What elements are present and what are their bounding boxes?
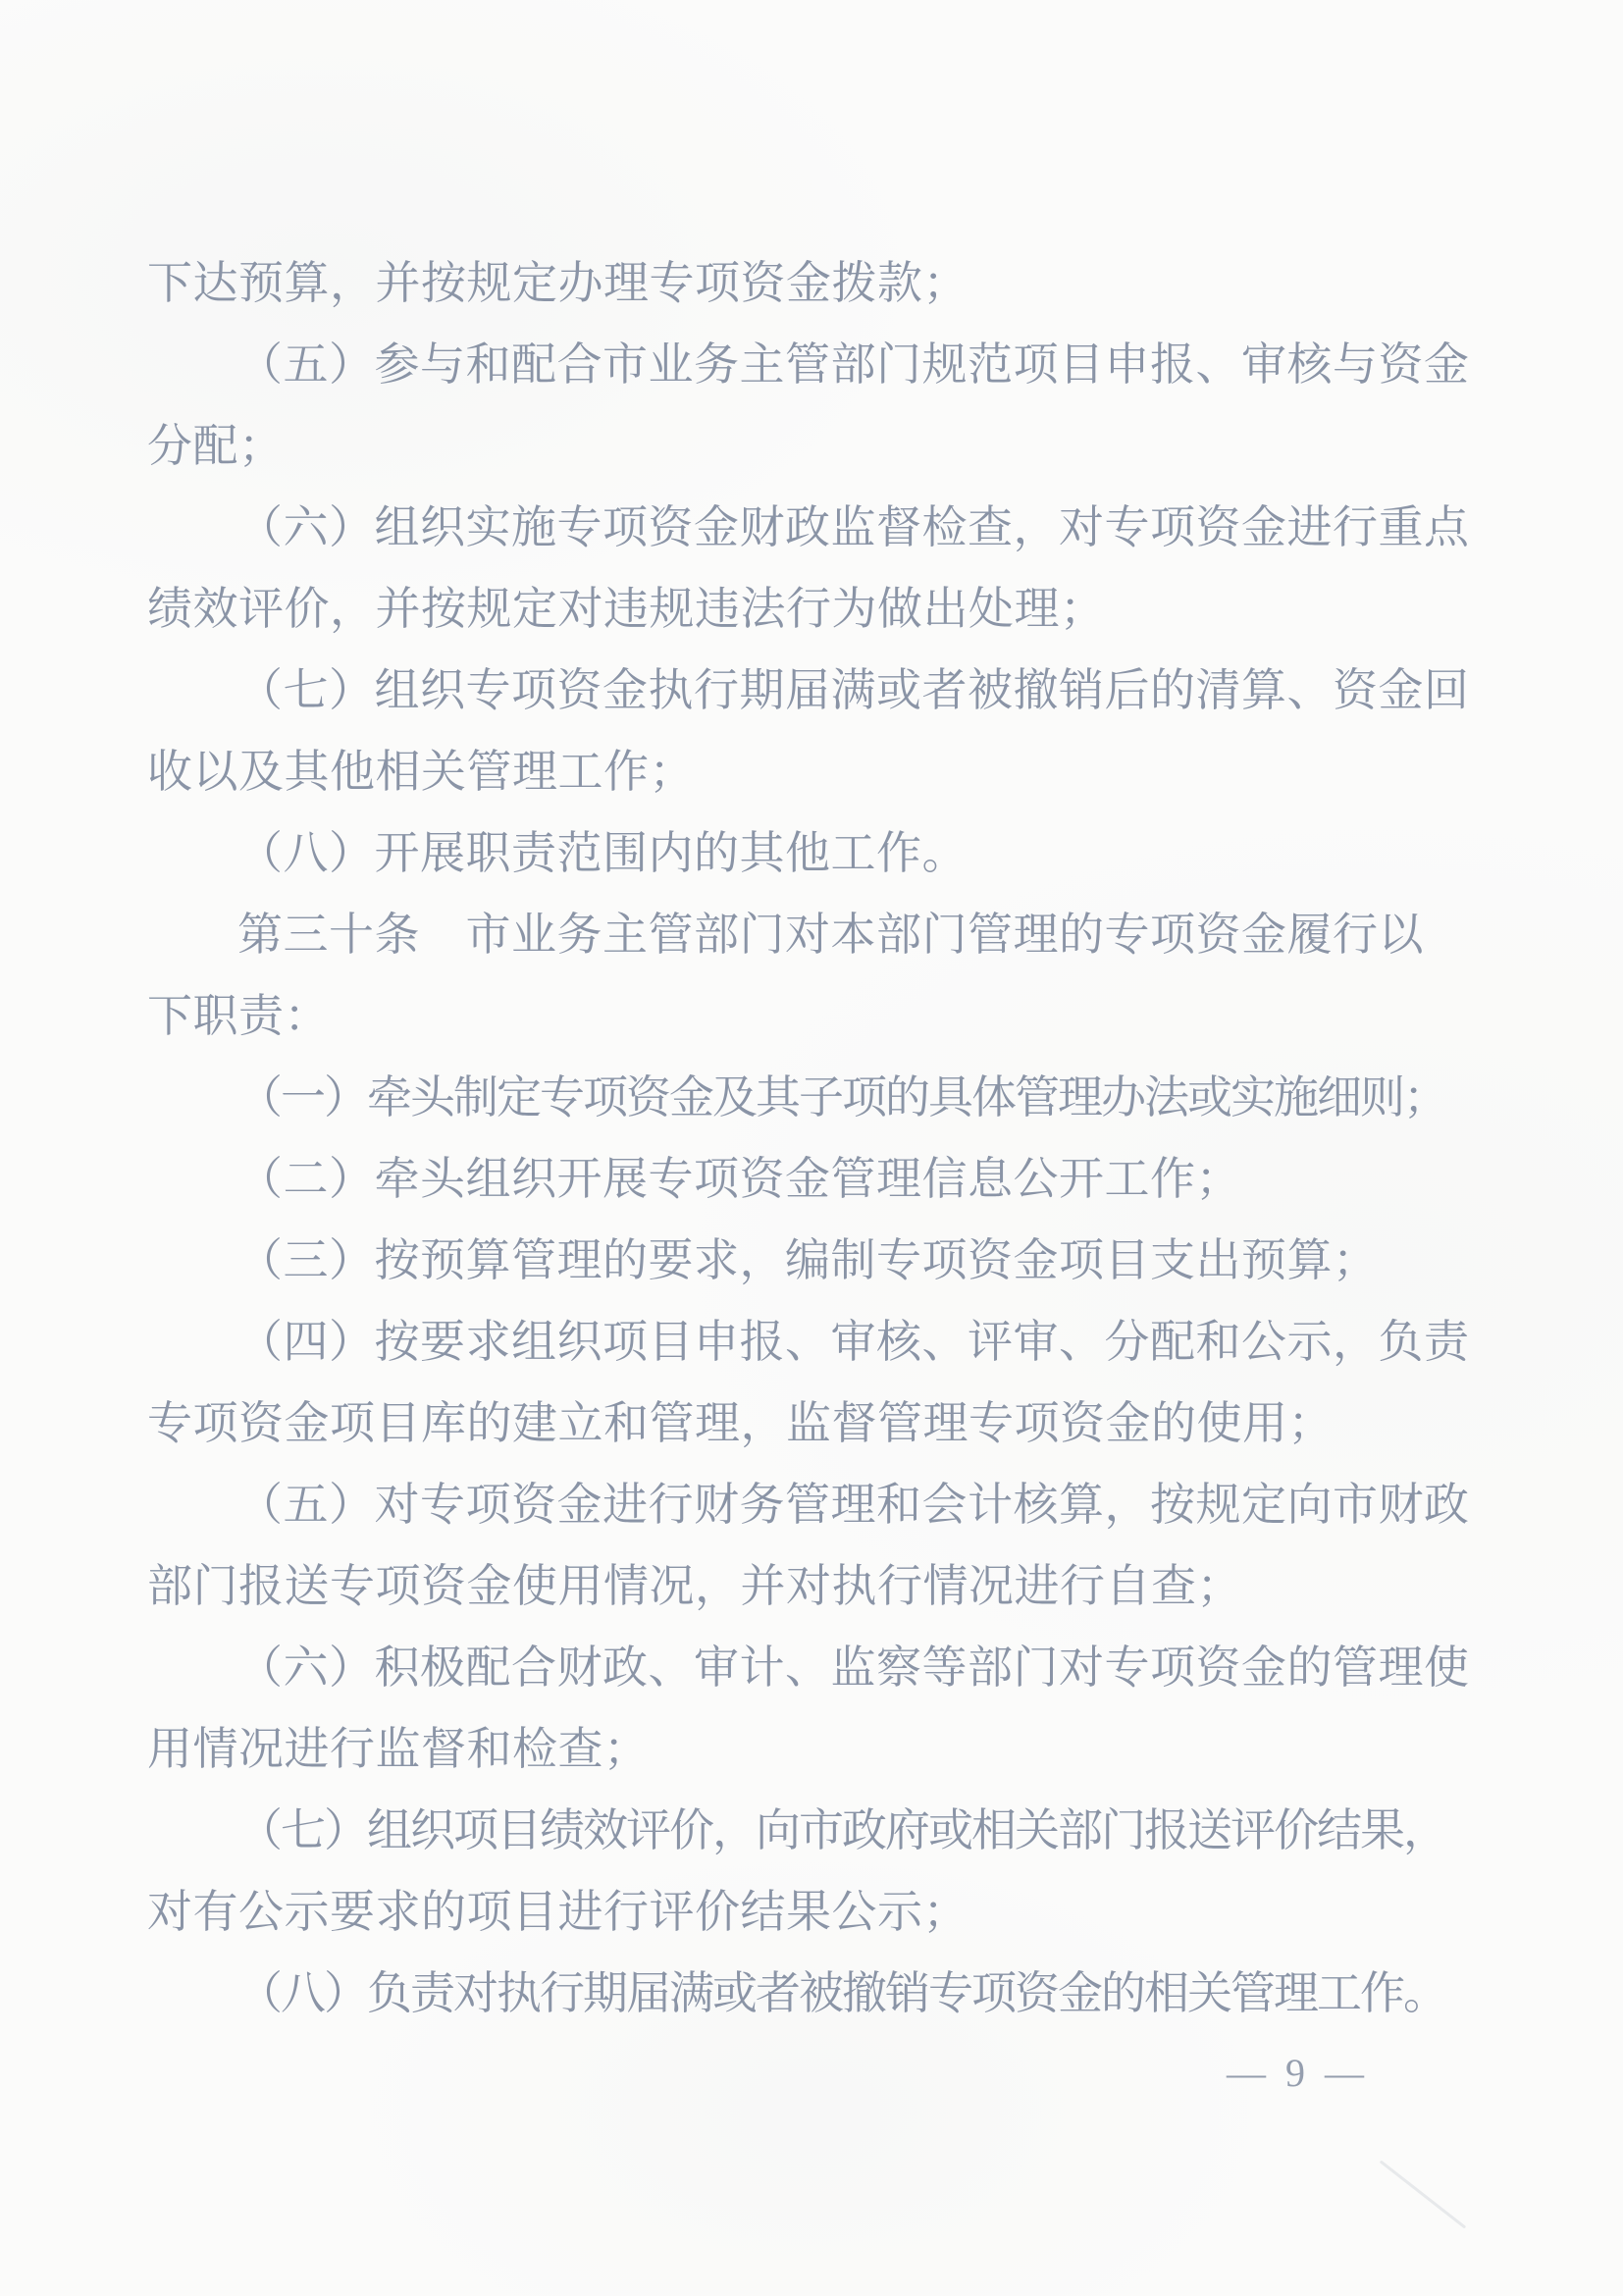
document-text-block: 下达预算，并按规定办理专项资金拨款； （五）参与和配合市业务主管部门规范项目申报… [147,242,1493,2034]
text-line: 分配； [147,405,1493,487]
text-line: （八）负责对执行期届满或者被撤销专项资金的相关管理工作。 [147,1953,1493,2034]
text-line: 收以及其他相关管理工作； [147,731,1493,812]
text-line: （八）开展职责范围内的其他工作。 [147,812,1493,894]
text-line: 专项资金项目库的建立和管理，监督管理专项资金的使用； [147,1383,1493,1464]
scanned-document-page: 下达预算，并按规定办理专项资金拨款； （五）参与和配合市业务主管部门规范项目申报… [0,0,1623,2296]
article-30-heading-line: 第三十条 市业务主管部门对本部门管理的专项资金履行以 [147,894,1493,975]
text-line: （七）组织专项资金执行期届满或者被撤销后的清算、资金回 [147,650,1493,731]
text-line: （二）牵头组织开展专项资金管理信息公开工作； [147,1138,1493,1220]
text-line: （七）组织项目绩效评价，向市政府或相关部门报送评价结果， [147,1790,1493,1871]
text-line: （三）按预算管理的要求，编制专项资金项目支出预算； [147,1220,1493,1301]
text-line: 用情况进行监督和检查； [147,1708,1493,1790]
text-line: （四）按要求组织项目申报、审核、评审、分配和公示，负责 [147,1301,1493,1383]
text-line: 绩效评价，并按规定对违规违法行为做出处理； [147,568,1493,650]
text-line: （五）对专项资金进行财务管理和会计核算，按规定向市财政 [147,1464,1493,1545]
text-line: （六）积极配合财政、审计、监察等部门对专项资金的管理使 [147,1627,1493,1708]
text-line: 对有公示要求的项目进行评价结果公示； [147,1871,1493,1953]
text-line: 部门报送专项资金使用情况，并对执行情况进行自查； [147,1545,1493,1627]
scan-crease-mark [1380,2160,1467,2228]
text-line: （一）牵头制定专项资金及其子项的具体管理办法或实施细则； [147,1057,1493,1138]
text-line: （五）参与和配合市业务主管部门规范项目申报、审核与资金 [147,324,1493,405]
page-number: — 9 — [1227,2043,1369,2104]
text-line: （六）组织实施专项资金财政监督检查，对专项资金进行重点 [147,487,1493,568]
text-line: 下达预算，并按规定办理专项资金拨款； [147,242,1493,324]
text-line: 下职责： [147,975,1493,1057]
